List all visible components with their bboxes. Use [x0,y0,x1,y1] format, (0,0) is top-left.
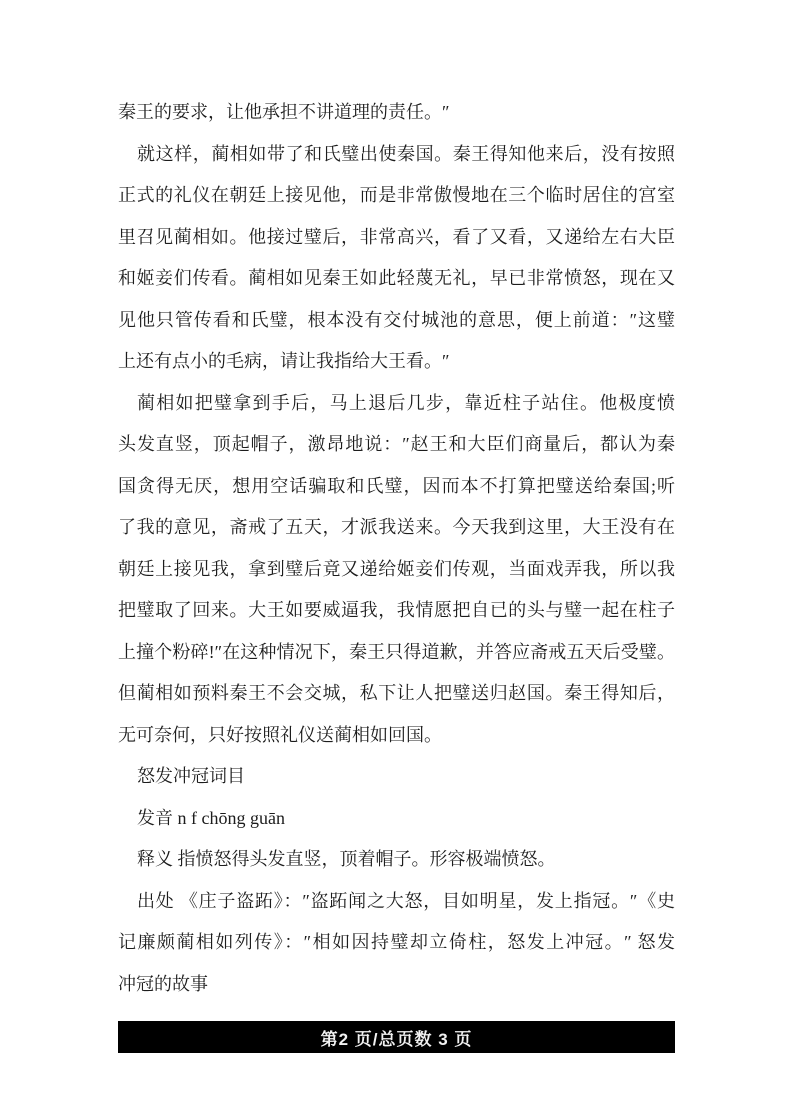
text-line: 和姬妾们传看。蔺相如见秦王如此轻蔑无礼，早已非常愤怒，现在又 [118,258,675,300]
document-text: 秦王的要求，让他承担不讲道理的责任。″就这样，蔺相如带了和氏璧出使秦国。秦王得知… [118,92,675,1005]
text-line: 国贪得无厌，想用空话骗取和氏璧，因而本不打算把璧送给秦国;听 [118,466,675,508]
text-line: 怒发冲冠词目 [118,756,675,798]
text-line: 里召见蔺相如。他接过璧后，非常高兴，看了又看，又递给左右大臣 [118,217,675,259]
text-line: 蔺相如把璧拿到手后，马上退后几步，靠近柱子站住。他极度愤怒， [118,383,675,425]
text-line: 把璧取了回来。大王如要威逼我，我情愿把自已的头与璧一起在柱子 [118,590,675,632]
text-line: 头发直竖，顶起帽子，激昂地说：″赵王和大臣们商量后，都认为秦 [118,424,675,466]
text-line: 但蔺相如预料秦王不会交城，私下让人把璧送归赵国。秦王得知后， [118,673,675,715]
document-page: 秦王的要求，让他承担不讲道理的责任。″就这样，蔺相如带了和氏璧出使秦国。秦王得知… [0,0,792,1120]
text-line: 出处 《庄子盗跖》：″盗跖闻之大怒，目如明星，发上指冠。″《史 [118,881,675,923]
text-line: 冲冠的故事 [118,964,675,1006]
text-line: 正式的礼仪在朝廷上接见他，而是非常傲慢地在三个临时居住的宫室 [118,175,675,217]
text-line: 记廉颇蔺相如列传》：″相如因持璧却立倚柱，怒发上冲冠。″ 怒发 [118,922,675,964]
text-line: 上还有点小的毛病，请让我指给大王看。″ [118,341,675,383]
text-line: 就这样，蔺相如带了和氏璧出使秦国。秦王得知他来后，没有按照 [118,134,675,176]
text-line: 发音 n f chōng guān [118,798,675,840]
text-line: 无可奈何，只好按照礼仪送蔺相如回国。 [118,715,675,757]
page-number-label: 第2 页/总页数 3 页 [321,1025,473,1050]
text-line: 朝廷上接见我，拿到璧后竟又递给姬妾们传观，当面戏弄我，所以我 [118,549,675,591]
text-line: 见他只管传看和氏璧，根本没有交付城池的意思，便上前道：″这璧 [118,300,675,342]
text-line: 秦王的要求，让他承担不讲道理的责任。″ [118,92,675,134]
text-line: 释义 指愤怒得头发直竖，顶着帽子。形容极端愤怒。 [118,839,675,881]
text-line: 了我的意见，斋戒了五天，才派我送来。今天我到这里，大王没有在 [118,507,675,549]
text-line: 上撞个粉碎!″在这种情况下，秦王只得道歉，并答应斋戒五天后受璧。 [118,632,675,674]
page-footer-bar: 第2 页/总页数 3 页 [118,1021,675,1053]
